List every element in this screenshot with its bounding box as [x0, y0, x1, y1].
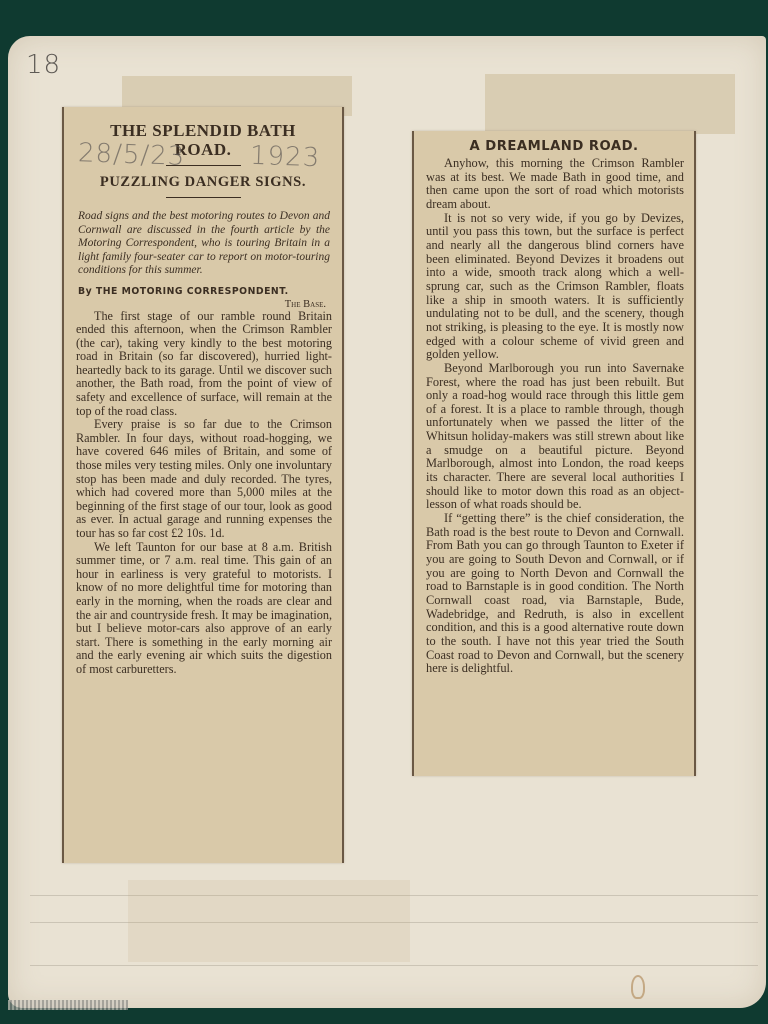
- paragraph: We left Taunton for our base at 8 a.m. B…: [76, 541, 332, 677]
- dateline: The Base.: [72, 299, 326, 310]
- paragraph: Every praise is so far due to the Crimso…: [76, 418, 332, 540]
- glue-stain: [485, 74, 735, 134]
- paragraph: If “getting there” is the chief consider…: [426, 512, 684, 676]
- paragraph: Beyond Marlborough you run into Savernak…: [426, 362, 684, 512]
- article-body: The first stage of our ramble round Brit…: [76, 310, 332, 677]
- paragraph: It is not so very wide, if you go by Dev…: [426, 212, 684, 362]
- ruled-line: [30, 965, 758, 966]
- handwritten-year: 1923: [249, 141, 320, 173]
- byline: By THE MOTORING CORRESPONDENT.: [78, 286, 332, 297]
- page-edge: [8, 1000, 128, 1010]
- handwritten-date: 28/5/23: [78, 138, 186, 172]
- headline-line-1: THE SPLENDID BATH: [72, 121, 334, 140]
- section-heading: A DREAMLAND ROAD.: [422, 139, 686, 154]
- paragraph: Anyhow, this morning the Crimson Rambler…: [426, 157, 684, 212]
- standfirst: Road signs and the best motoring routes …: [78, 210, 330, 278]
- clipping-bath-road: THE SPLENDID BATH ROAD. PUZZLING DANGER …: [62, 107, 344, 863]
- stain-mark: [631, 975, 645, 999]
- subheadline: PUZZLING DANGER SIGNS.: [72, 174, 334, 191]
- glue-stain: [128, 880, 410, 962]
- clipping-dreamland-road: A DREAMLAND ROAD. Anyhow, this morning t…: [412, 131, 696, 776]
- paragraph: The first stage of our ramble round Brit…: [76, 310, 332, 419]
- article-body: Anyhow, this morning the Crimson Rambler…: [426, 157, 684, 676]
- handwritten-page-number: 18: [26, 50, 61, 80]
- divider: [166, 197, 241, 198]
